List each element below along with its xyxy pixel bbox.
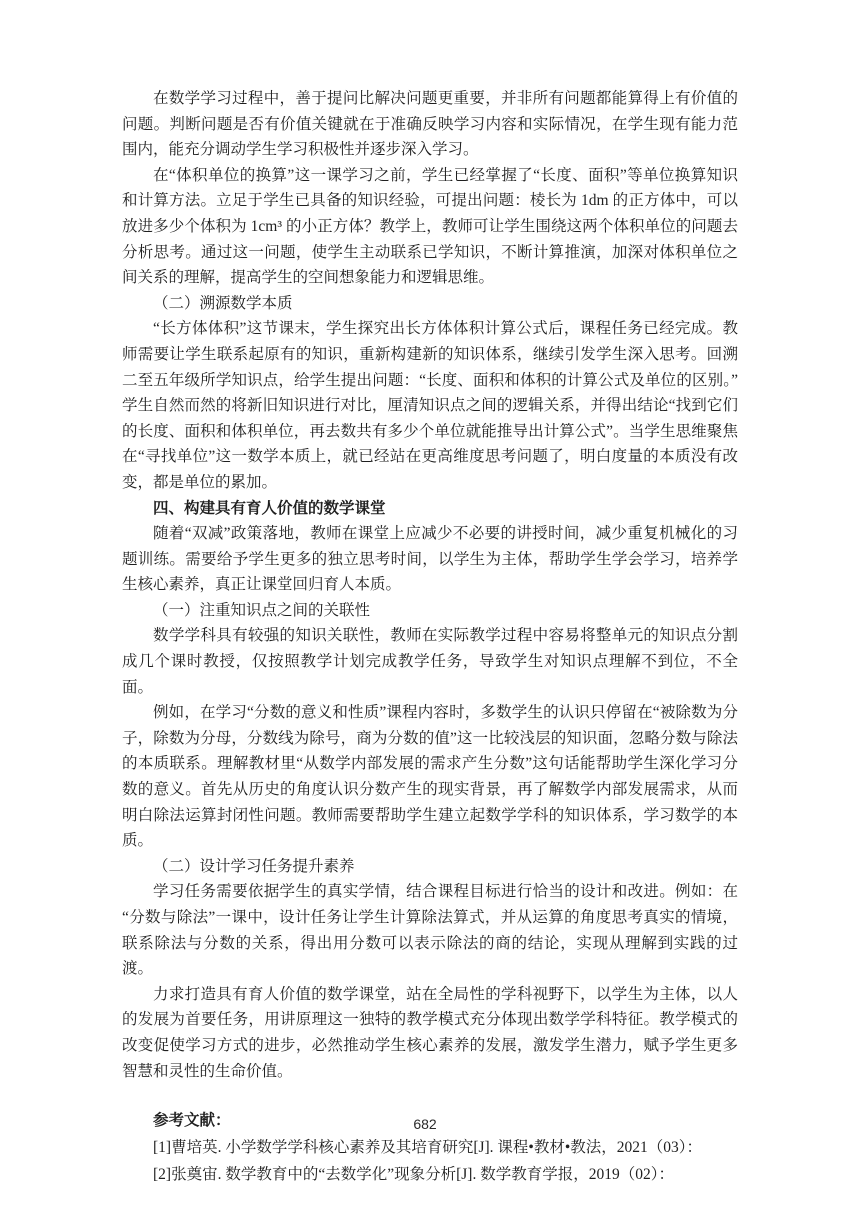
body-paragraph: 在数学学习过程中，善于提问比解决问题更重要，并非所有问题都能算得上有价值的问题。…	[122, 86, 738, 163]
subsection-heading-knowledge-links: （一）注重知识点之间的关联性	[122, 598, 738, 624]
subsection-heading-trace-essence: （二）溯源数学本质	[122, 291, 738, 317]
body-paragraph: 例如，在学习“分数的意义和性质”课程内容时，多数学生的认识只停留在“被除数为分子…	[122, 700, 738, 854]
subsection-heading-task-design: （二）设计学习任务提升素养	[122, 854, 738, 880]
page-body: 在数学学习过程中，善于提问比解决问题更重要，并非所有问题都能算得上有价值的问题。…	[122, 86, 738, 1189]
page-number: 682	[0, 1116, 850, 1132]
body-paragraph: 数学学科具有较强的知识关联性，教师在实际教学过程中容易将整单元的知识点分割成几个…	[122, 623, 738, 700]
document-page: 在数学学习过程中，善于提问比解决问题更重要，并非所有问题都能算得上有价值的问题。…	[0, 0, 850, 1205]
body-paragraph: 学习任务需要依据学生的真实学情，结合课程目标进行恰当的设计和改进。例如：在“分数…	[122, 879, 738, 981]
reference-item: [1]曹培英. 小学数学学科核心素养及其培育研究[J]. 课程•教材•教法，20…	[122, 1134, 738, 1162]
reference-item: [2]张奠宙. 数学教育中的“去数学化”现象分析[J]. 数学教育学报，2019…	[122, 1161, 738, 1189]
body-paragraph: 力求打造具有育人价值的数学课堂，站在全局性的学科视野下，以学生为主体，以人的发展…	[122, 982, 738, 1084]
body-paragraph: 随着“双减”政策落地，教师在课堂上应减少不必要的讲授时间，减少重复机械化的习题训…	[122, 521, 738, 598]
section-heading-four: 四、构建具有育人价值的数学课堂	[122, 496, 738, 522]
body-paragraph: 在“体积单位的换算”这一课学习之前，学生已经掌握了“长度、面积”等单位换算知识和…	[122, 163, 738, 291]
body-paragraph: “长方体体积”这节课末，学生探究出长方体体积计算公式后，课程任务已经完成。教师需…	[122, 316, 738, 495]
